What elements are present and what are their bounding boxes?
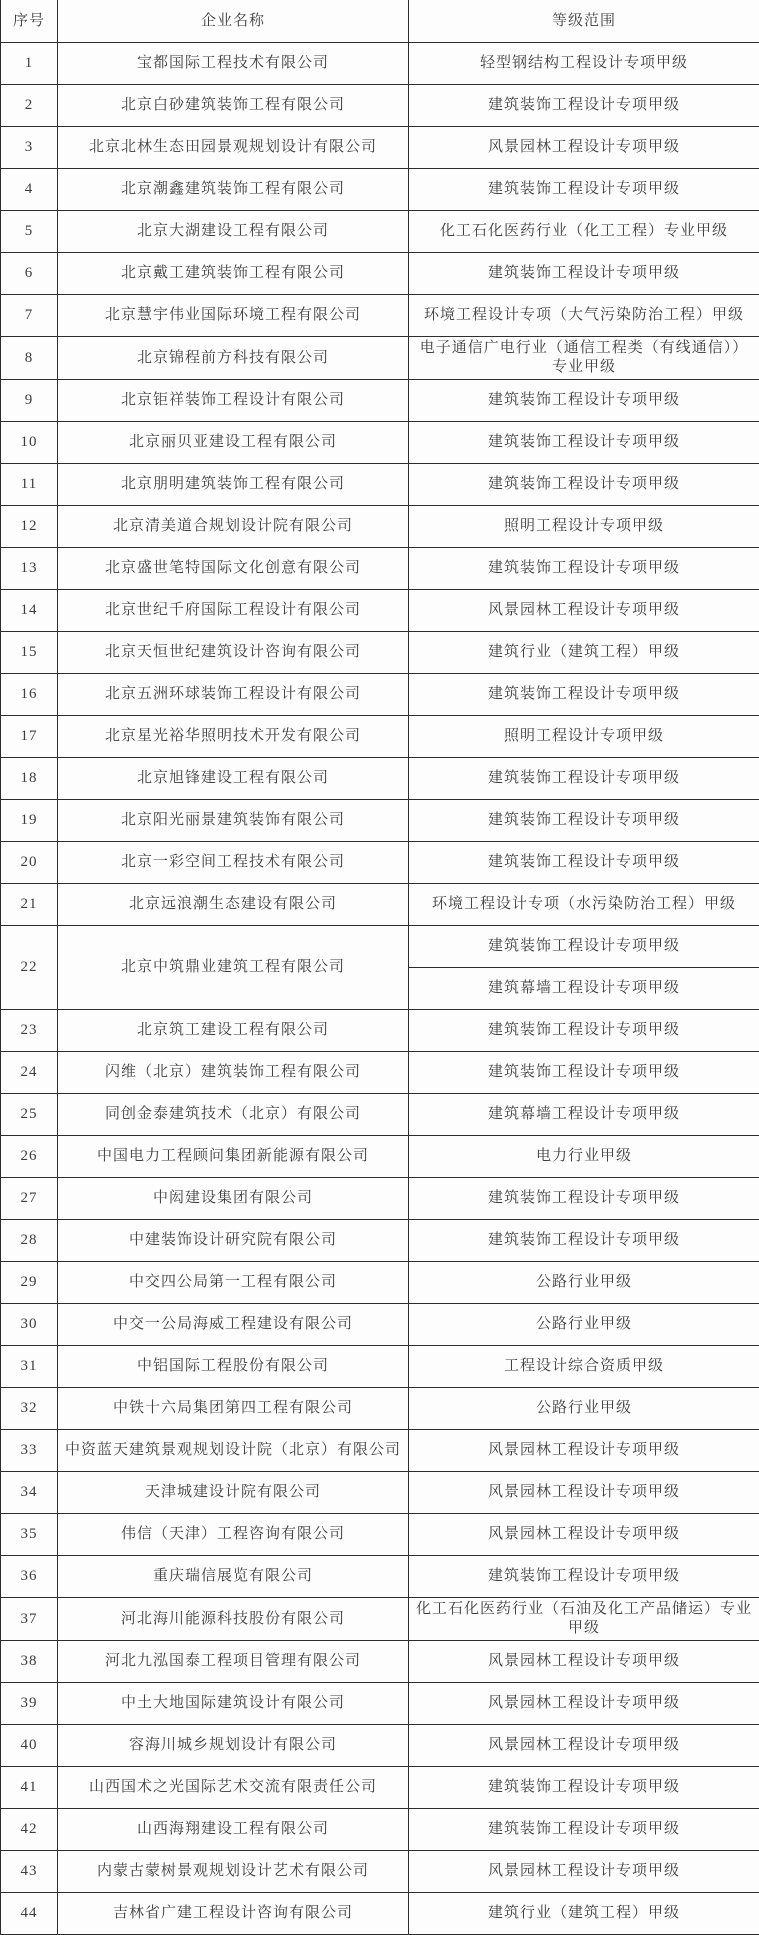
company-name-cell: 内蒙古蒙树景观规划设计艺术有限公司	[58, 1851, 409, 1893]
level-cell: 建筑装饰工程设计专项甲级	[409, 926, 759, 968]
table-row: 1宝都国际工程技术有限公司轻型钢结构工程设计专项甲级	[1, 43, 759, 85]
table-row: 19北京阳光丽景建筑装饰有限公司建筑装饰工程设计专项甲级	[1, 800, 759, 842]
row-number-cell: 33	[1, 1430, 58, 1472]
table-row: 2北京白砂建筑装饰工程有限公司建筑装饰工程设计专项甲级	[1, 85, 759, 127]
row-number-cell: 13	[1, 548, 58, 590]
row-number-cell: 35	[1, 1514, 58, 1556]
level-cell: 建筑装饰工程设计专项甲级	[409, 1052, 759, 1094]
row-number-cell: 41	[1, 1767, 58, 1809]
level-cell: 建筑装饰工程设计专项甲级	[409, 1809, 759, 1851]
company-name-cell: 中交一公局海威工程建设有限公司	[58, 1304, 409, 1346]
company-name-cell: 北京阳光丽景建筑装饰有限公司	[58, 800, 409, 842]
row-number-cell: 37	[1, 1598, 58, 1641]
company-name-cell: 中土大地国际建筑设计有限公司	[58, 1683, 409, 1725]
table-row: 23北京筑工建设工程有限公司建筑装饰工程设计专项甲级	[1, 1010, 759, 1052]
table-row: 36重庆瑞信展览有限公司建筑装饰工程设计专项甲级	[1, 1556, 759, 1598]
row-number-cell: 29	[1, 1262, 58, 1304]
row-number-cell: 7	[1, 295, 58, 337]
level-cell: 化工石化医药行业（化工工程）专业甲级	[409, 211, 759, 253]
table-row: 15北京天恒世纪建筑设计咨询有限公司建筑行业（建筑工程）甲级	[1, 632, 759, 674]
row-number-cell: 15	[1, 632, 58, 674]
level-cell: 建筑装饰工程设计专项甲级	[409, 253, 759, 295]
level-cell: 照明工程设计专项甲级	[409, 716, 759, 758]
table-row: 5北京大湖建设工程有限公司化工石化医药行业（化工工程）专业甲级	[1, 211, 759, 253]
table-row: 3北京北林生态田园景观规划设计有限公司风景园林工程设计专项甲级	[1, 127, 759, 169]
company-name-cell: 中国电力工程顾问集团新能源有限公司	[58, 1136, 409, 1178]
row-number-cell: 1	[1, 43, 58, 85]
table-row: 7北京慧宇伟业国际环境工程有限公司环境工程设计专项（大气污染防治工程）甲级	[1, 295, 759, 337]
company-name-cell: 北京五洲环球装饰工程设计有限公司	[58, 674, 409, 716]
table-row: 42山西海翔建设工程有限公司建筑装饰工程设计专项甲级	[1, 1809, 759, 1851]
company-name-cell: 河北九泓国泰工程项目管理有限公司	[58, 1641, 409, 1683]
level-cell: 工程设计综合资质甲级	[409, 1346, 759, 1388]
company-name-cell: 中闳建设集团有限公司	[58, 1178, 409, 1220]
level-cell: 公路行业甲级	[409, 1304, 759, 1346]
table-row: 16北京五洲环球装饰工程设计有限公司建筑装饰工程设计专项甲级	[1, 674, 759, 716]
row-number-cell: 14	[1, 590, 58, 632]
company-name-cell: 北京丽贝亚建设工程有限公司	[58, 422, 409, 464]
level-cell: 电力行业甲级	[409, 1136, 759, 1178]
table-row: 17北京星光裕华照明技术开发有限公司照明工程设计专项甲级	[1, 716, 759, 758]
row-number-cell: 42	[1, 1809, 58, 1851]
level-cell: 建筑装饰工程设计专项甲级	[409, 1178, 759, 1220]
level-cell: 风景园林工程设计专项甲级	[409, 127, 759, 169]
company-name-cell: 山西海翔建设工程有限公司	[58, 1809, 409, 1851]
level-cell: 化工石化医药行业（石油及化工产品储运）专业甲级	[409, 1598, 759, 1641]
table-row: 14北京世纪千府国际工程设计有限公司风景园林工程设计专项甲级	[1, 590, 759, 632]
company-name-cell: 重庆瑞信展览有限公司	[58, 1556, 409, 1598]
company-name-cell: 宝都国际工程技术有限公司	[58, 43, 409, 85]
company-name-cell: 北京北林生态田园景观规划设计有限公司	[58, 127, 409, 169]
table-row: 12北京清美道合规划设计院有限公司照明工程设计专项甲级	[1, 506, 759, 548]
level-cell: 建筑装饰工程设计专项甲级	[409, 1010, 759, 1052]
level-cell: 照明工程设计专项甲级	[409, 506, 759, 548]
company-name-cell: 北京潮鑫建筑装饰工程有限公司	[58, 169, 409, 211]
row-number-cell: 4	[1, 169, 58, 211]
table-row: 4北京潮鑫建筑装饰工程有限公司建筑装饰工程设计专项甲级	[1, 169, 759, 211]
table-row: 10北京丽贝亚建设工程有限公司建筑装饰工程设计专项甲级	[1, 422, 759, 464]
company-qualification-table: 序号 企业名称 等级范围 1宝都国际工程技术有限公司轻型钢结构工程设计专项甲级2…	[0, 0, 759, 1935]
level-cell: 轻型钢结构工程设计专项甲级	[409, 43, 759, 85]
row-number-cell: 11	[1, 464, 58, 506]
level-cell: 公路行业甲级	[409, 1388, 759, 1430]
company-name-cell: 北京钜祥装饰工程设计有限公司	[58, 380, 409, 422]
table-row: 44吉林省广建工程设计咨询有限公司建筑行业（建筑工程）甲级	[1, 1893, 759, 1935]
level-cell: 建筑装饰工程设计专项甲级	[409, 1556, 759, 1598]
company-name-cell: 北京戴工建筑装饰工程有限公司	[58, 253, 409, 295]
level-cell: 建筑装饰工程设计专项甲级	[409, 1220, 759, 1262]
table-row: 29中交四公局第一工程有限公司公路行业甲级	[1, 1262, 759, 1304]
company-name-cell: 吉林省广建工程设计咨询有限公司	[58, 1893, 409, 1935]
row-number-cell: 16	[1, 674, 58, 716]
row-number-cell: 31	[1, 1346, 58, 1388]
table-row: 21北京远浪潮生态建设有限公司环境工程设计专项（水污染防治工程）甲级	[1, 884, 759, 926]
company-name-cell: 中交四公局第一工程有限公司	[58, 1262, 409, 1304]
table-row: 25同创金泰建筑技术（北京）有限公司建筑幕墙工程设计专项甲级	[1, 1094, 759, 1136]
row-number-cell: 43	[1, 1851, 58, 1893]
table-row: 32中铁十六局集团第四工程有限公司公路行业甲级	[1, 1388, 759, 1430]
level-cell: 风景园林工程设计专项甲级	[409, 1430, 759, 1472]
company-name-cell: 伟信（天津）工程咨询有限公司	[58, 1514, 409, 1556]
company-name-cell: 北京清美道合规划设计院有限公司	[58, 506, 409, 548]
row-number-cell: 30	[1, 1304, 58, 1346]
company-name-cell: 北京远浪潮生态建设有限公司	[58, 884, 409, 926]
company-name-cell: 中铁十六局集团第四工程有限公司	[58, 1388, 409, 1430]
table-row: 6北京戴工建筑装饰工程有限公司建筑装饰工程设计专项甲级	[1, 253, 759, 295]
qualification-table: 序号 企业名称 等级范围 1宝都国际工程技术有限公司轻型钢结构工程设计专项甲级2…	[0, 0, 759, 1935]
row-number-cell: 19	[1, 800, 58, 842]
table-row: 39中土大地国际建筑设计有限公司风景园林工程设计专项甲级	[1, 1683, 759, 1725]
table-row: 43内蒙古蒙树景观规划设计艺术有限公司风景园林工程设计专项甲级	[1, 1851, 759, 1893]
row-number-cell: 22	[1, 926, 58, 1010]
level-cell: 建筑装饰工程设计专项甲级	[409, 800, 759, 842]
header-company-name: 企业名称	[58, 0, 409, 43]
table-row: 9北京钜祥装饰工程设计有限公司建筑装饰工程设计专项甲级	[1, 380, 759, 422]
company-name-cell: 容海川城乡规划设计有限公司	[58, 1725, 409, 1767]
level-cell: 建筑装饰工程设计专项甲级	[409, 464, 759, 506]
company-name-cell: 同创金泰建筑技术（北京）有限公司	[58, 1094, 409, 1136]
row-number-cell: 28	[1, 1220, 58, 1262]
header-level-range: 等级范围	[409, 0, 759, 43]
level-cell: 建筑装饰工程设计专项甲级	[409, 85, 759, 127]
row-number-cell: 39	[1, 1683, 58, 1725]
company-name-cell: 北京筑工建设工程有限公司	[58, 1010, 409, 1052]
company-name-cell: 北京慧宇伟业国际环境工程有限公司	[58, 295, 409, 337]
row-number-cell: 8	[1, 337, 58, 380]
row-number-cell: 24	[1, 1052, 58, 1094]
level-cell: 建筑装饰工程设计专项甲级	[409, 548, 759, 590]
row-number-cell: 6	[1, 253, 58, 295]
row-number-cell: 40	[1, 1725, 58, 1767]
row-number-cell: 36	[1, 1556, 58, 1598]
table-row: 11北京朋明建筑装饰工程有限公司建筑装饰工程设计专项甲级	[1, 464, 759, 506]
table-row: 31中铝国际工程股份有限公司工程设计综合资质甲级	[1, 1346, 759, 1388]
level-cell: 建筑装饰工程设计专项甲级	[409, 422, 759, 464]
row-number-cell: 2	[1, 85, 58, 127]
level-cell: 建筑行业（建筑工程）甲级	[409, 1893, 759, 1935]
level-cell: 建筑装饰工程设计专项甲级	[409, 380, 759, 422]
table-row: 38河北九泓国泰工程项目管理有限公司风景园林工程设计专项甲级	[1, 1641, 759, 1683]
table-header: 序号 企业名称 等级范围	[1, 0, 759, 43]
row-number-cell: 12	[1, 506, 58, 548]
row-number-cell: 26	[1, 1136, 58, 1178]
level-cell: 环境工程设计专项（水污染防治工程）甲级	[409, 884, 759, 926]
table-row: 35伟信（天津）工程咨询有限公司风景园林工程设计专项甲级	[1, 1514, 759, 1556]
table-row: 24闪维（北京）建筑装饰工程有限公司建筑装饰工程设计专项甲级	[1, 1052, 759, 1094]
company-name-cell: 北京中筑鼎业建筑工程有限公司	[58, 926, 409, 1010]
company-name-cell: 北京盛世笔特国际文化创意有限公司	[58, 548, 409, 590]
table-row: 34天津城建设计院有限公司风景园林工程设计专项甲级	[1, 1472, 759, 1514]
header-serial-number: 序号	[1, 0, 58, 43]
row-number-cell: 10	[1, 422, 58, 464]
company-name-cell: 北京星光裕华照明技术开发有限公司	[58, 716, 409, 758]
level-cell: 建筑行业（建筑工程）甲级	[409, 632, 759, 674]
table-row: 22北京中筑鼎业建筑工程有限公司建筑装饰工程设计专项甲级	[1, 926, 759, 968]
table-row: 8北京锦程前方科技有限公司电子通信广电行业（通信工程类（有线通信））专业甲级	[1, 337, 759, 380]
row-number-cell: 21	[1, 884, 58, 926]
level-cell: 建筑装饰工程设计专项甲级	[409, 1767, 759, 1809]
table-row: 33中资蓝天建筑景观规划设计院（北京）有限公司风景园林工程设计专项甲级	[1, 1430, 759, 1472]
level-cell: 风景园林工程设计专项甲级	[409, 1851, 759, 1893]
row-number-cell: 3	[1, 127, 58, 169]
row-number-cell: 44	[1, 1893, 58, 1935]
row-number-cell: 25	[1, 1094, 58, 1136]
company-name-cell: 北京一彩空间工程技术有限公司	[58, 842, 409, 884]
row-number-cell: 32	[1, 1388, 58, 1430]
company-name-cell: 中建装饰设计研究院有限公司	[58, 1220, 409, 1262]
level-cell: 风景园林工程设计专项甲级	[409, 1641, 759, 1683]
company-name-cell: 天津城建设计院有限公司	[58, 1472, 409, 1514]
level-cell: 建筑幕墙工程设计专项甲级	[409, 1094, 759, 1136]
company-name-cell: 中资蓝天建筑景观规划设计院（北京）有限公司	[58, 1430, 409, 1472]
level-cell: 环境工程设计专项（大气污染防治工程）甲级	[409, 295, 759, 337]
table-row: 13北京盛世笔特国际文化创意有限公司建筑装饰工程设计专项甲级	[1, 548, 759, 590]
table-row: 40容海川城乡规划设计有限公司风景园林工程设计专项甲级	[1, 1725, 759, 1767]
row-number-cell: 20	[1, 842, 58, 884]
row-number-cell: 23	[1, 1010, 58, 1052]
row-number-cell: 38	[1, 1641, 58, 1683]
level-cell: 建筑装饰工程设计专项甲级	[409, 674, 759, 716]
company-name-cell: 北京旭锋建设工程有限公司	[58, 758, 409, 800]
row-number-cell: 5	[1, 211, 58, 253]
header-row: 序号 企业名称 等级范围	[1, 0, 759, 43]
row-number-cell: 34	[1, 1472, 58, 1514]
table-row: 41山西国术之光国际艺术交流有限责任公司建筑装饰工程设计专项甲级	[1, 1767, 759, 1809]
level-cell: 风景园林工程设计专项甲级	[409, 1683, 759, 1725]
level-cell: 建筑幕墙工程设计专项甲级	[409, 968, 759, 1010]
company-name-cell: 北京朋明建筑装饰工程有限公司	[58, 464, 409, 506]
table-row: 20北京一彩空间工程技术有限公司建筑装饰工程设计专项甲级	[1, 842, 759, 884]
company-name-cell: 北京天恒世纪建筑设计咨询有限公司	[58, 632, 409, 674]
row-number-cell: 17	[1, 716, 58, 758]
company-name-cell: 山西国术之光国际艺术交流有限责任公司	[58, 1767, 409, 1809]
row-number-cell: 18	[1, 758, 58, 800]
level-cell: 建筑装饰工程设计专项甲级	[409, 758, 759, 800]
company-name-cell: 闪维（北京）建筑装饰工程有限公司	[58, 1052, 409, 1094]
row-number-cell: 9	[1, 380, 58, 422]
company-name-cell: 北京世纪千府国际工程设计有限公司	[58, 590, 409, 632]
company-name-cell: 北京大湖建设工程有限公司	[58, 211, 409, 253]
table-row: 26中国电力工程顾问集团新能源有限公司电力行业甲级	[1, 1136, 759, 1178]
level-cell: 公路行业甲级	[409, 1262, 759, 1304]
row-number-cell: 27	[1, 1178, 58, 1220]
level-cell: 风景园林工程设计专项甲级	[409, 1472, 759, 1514]
table-row: 27中闳建设集团有限公司建筑装饰工程设计专项甲级	[1, 1178, 759, 1220]
level-cell: 风景园林工程设计专项甲级	[409, 590, 759, 632]
level-cell: 风景园林工程设计专项甲级	[409, 1725, 759, 1767]
company-name-cell: 河北海川能源科技股份有限公司	[58, 1598, 409, 1641]
table-row: 18北京旭锋建设工程有限公司建筑装饰工程设计专项甲级	[1, 758, 759, 800]
table-body: 1宝都国际工程技术有限公司轻型钢结构工程设计专项甲级2北京白砂建筑装饰工程有限公…	[1, 43, 759, 1935]
level-cell: 建筑装饰工程设计专项甲级	[409, 842, 759, 884]
level-cell: 电子通信广电行业（通信工程类（有线通信））专业甲级	[409, 337, 759, 380]
company-name-cell: 北京锦程前方科技有限公司	[58, 337, 409, 380]
table-row: 37河北海川能源科技股份有限公司化工石化医药行业（石油及化工产品储运）专业甲级	[1, 1598, 759, 1641]
level-cell: 风景园林工程设计专项甲级	[409, 1514, 759, 1556]
table-row: 30中交一公局海威工程建设有限公司公路行业甲级	[1, 1304, 759, 1346]
level-cell: 建筑装饰工程设计专项甲级	[409, 169, 759, 211]
table-row: 28中建装饰设计研究院有限公司建筑装饰工程设计专项甲级	[1, 1220, 759, 1262]
company-name-cell: 中铝国际工程股份有限公司	[58, 1346, 409, 1388]
company-name-cell: 北京白砂建筑装饰工程有限公司	[58, 85, 409, 127]
